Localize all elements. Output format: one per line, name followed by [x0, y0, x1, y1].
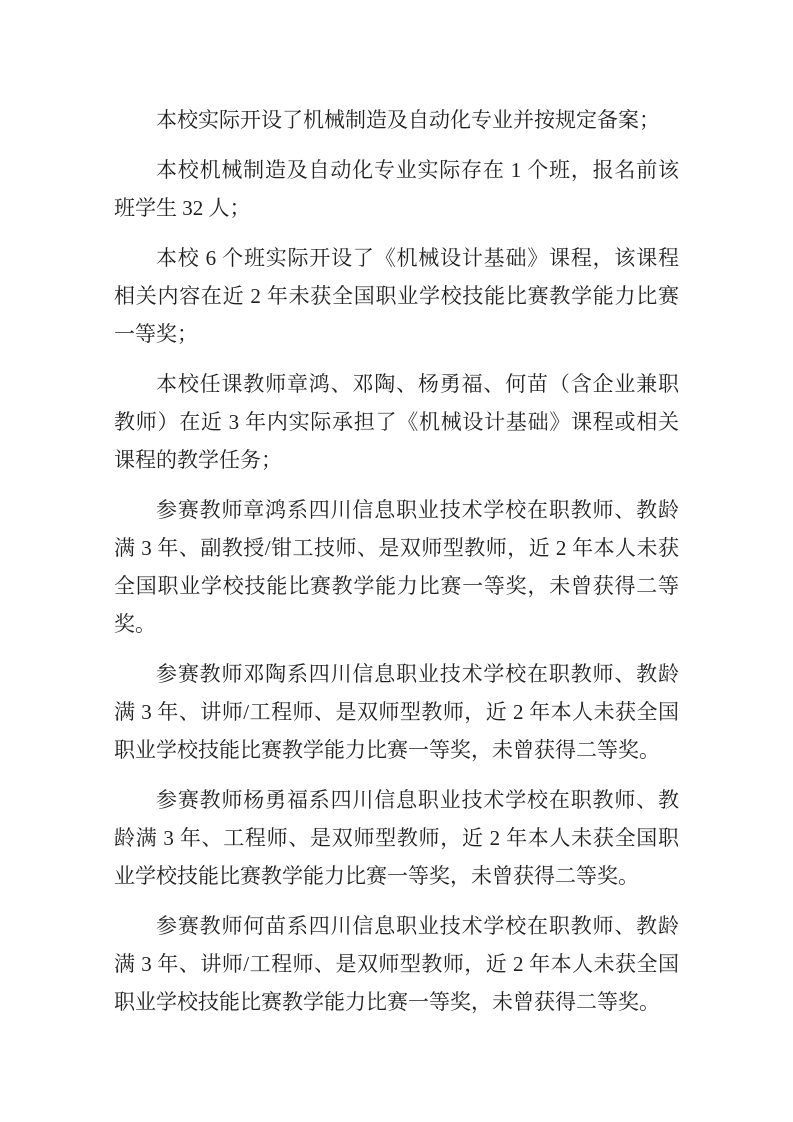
document-page: 本校实际开设了机械制造及自动化专业并按规定备案； 本校机械制造及自动化专业实际存…: [0, 0, 793, 1122]
paragraph-teacher-zhanghong: 参赛教师章鸿系四川信息职业技术学校在职教师、教龄满 3 年、副教授/钳工技师、是…: [114, 491, 679, 643]
paragraph-school-program: 本校实际开设了机械制造及自动化专业并按规定备案；: [114, 101, 679, 139]
paragraph-teacher-hemiao: 参赛教师何苗系四川信息职业技术学校在职教师、教龄满 3 年、讲师/工程师、是双师…: [114, 907, 679, 1021]
paragraph-class-enrollment: 本校机械制造及自动化专业实际存在 1 个班，报名前该班学生 32 人；: [114, 151, 679, 227]
paragraph-teacher-yangyongfu: 参赛教师杨勇福系四川信息职业技术学校在职教师、教龄满 3 年、工程师、是双师型教…: [114, 781, 679, 895]
paragraph-course-offering: 本校 6 个班实际开设了《机械设计基础》课程，该课程相关内容在近 2 年未获全国…: [114, 239, 679, 353]
paragraph-teacher-dengtao: 参赛教师邓陶系四川信息职业技术学校在职教师、教龄满 3 年、讲师/工程师、是双师…: [114, 655, 679, 769]
paragraph-teaching-staff: 本校任课教师章鸿、邓陶、杨勇福、何苗（含企业兼职教师）在近 3 年内实际承担了《…: [114, 365, 679, 479]
